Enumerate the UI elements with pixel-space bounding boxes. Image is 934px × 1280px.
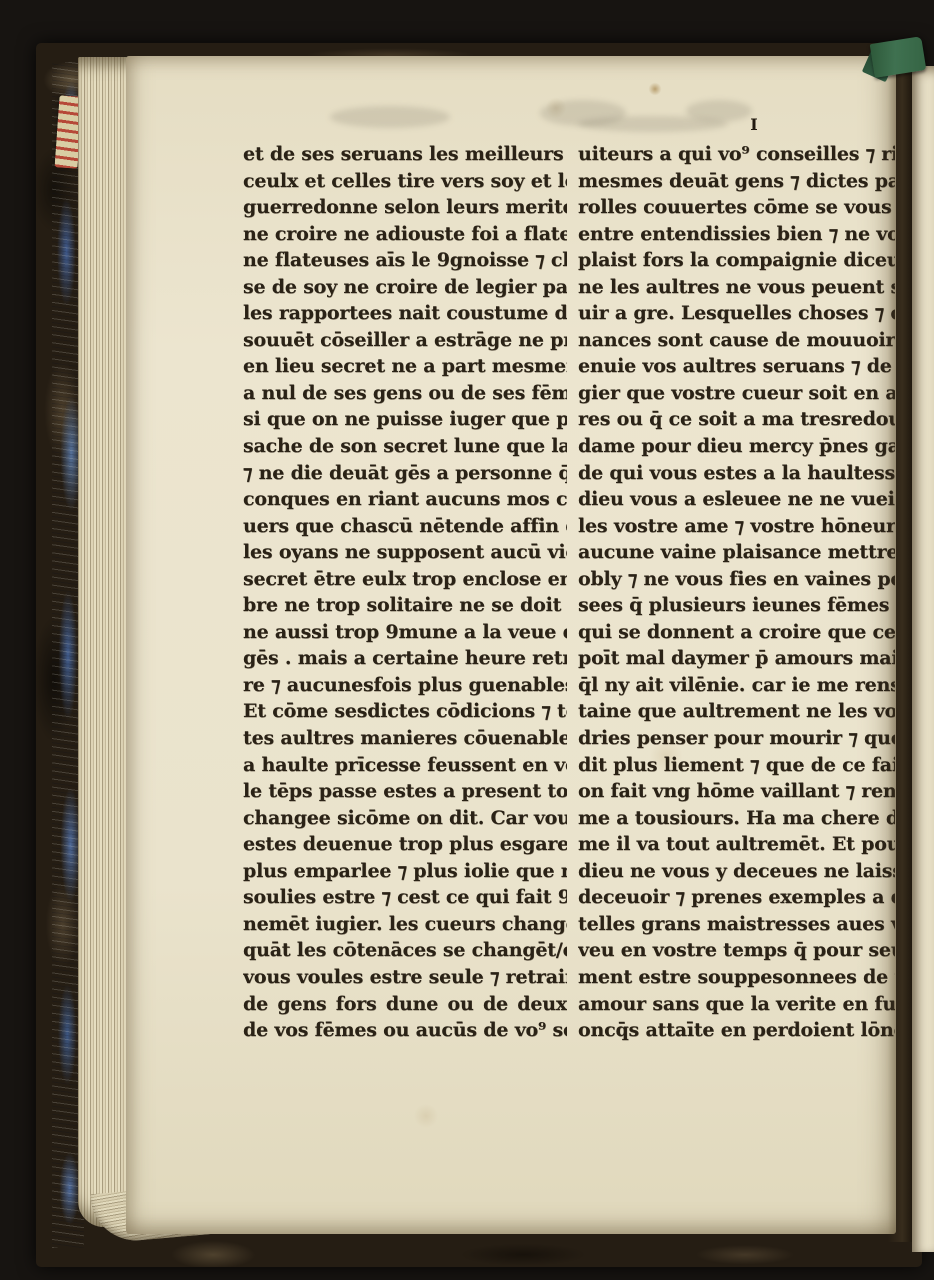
text-line: plaist fors la compaignie diceulx xyxy=(578,247,895,274)
text-line: obly ⁊ ne vous fies en vaines pen xyxy=(578,566,895,593)
text-line: souuēt cōseiller a estrāge ne priue xyxy=(243,327,567,354)
text-line: guerredonne selon leurs merites xyxy=(243,194,567,221)
gutter-shadow xyxy=(888,56,914,1242)
text-line: ment estre souppesonnees de telle xyxy=(578,964,895,991)
show-through-smudge xyxy=(330,106,450,128)
page-edges-stack xyxy=(78,57,130,1227)
text-line: le tēps passe estes a present toute xyxy=(243,778,567,805)
text-line: qui se donnent a croire que ce nest xyxy=(578,619,895,646)
text-line: dit plus liement ⁊ que de ce faire xyxy=(578,752,895,779)
text-column-right: uiteurs a qui vo⁹ conseilles ⁊ riesmesme… xyxy=(578,141,895,1044)
text-line: uers que chascū nētende affin que xyxy=(243,513,567,540)
text-line: de vos fēmes ou aucūs de vo⁹ ser xyxy=(243,1017,567,1044)
text-line: bre ne trop solitaire ne se doit tenir xyxy=(243,592,567,619)
text-line: dieu ne vous y deceues ne laisses xyxy=(578,858,895,885)
text-line: ne croire ne adiouste foi a flateurs xyxy=(243,221,567,248)
text-line: tes aultres manieres cōuenables xyxy=(243,725,567,752)
text-line: sache de son secret lune que lautre xyxy=(243,433,567,460)
text-line: et de ses seruans les meilleurs et xyxy=(243,141,567,168)
text-line: ceulx et celles tire vers soy et leur xyxy=(243,168,567,195)
text-line: poīt mal daymer p̄ amours mais xyxy=(578,645,895,672)
text-line: de gens fors dune ou de deux xyxy=(243,991,567,1018)
text-line: on fait vng hōme vaillant ⁊ renʒ xyxy=(578,778,895,805)
text-line: me il va tout aultremēt. Et pour xyxy=(578,831,895,858)
text-line: res ou q̄ ce soit a ma tresredoubtee xyxy=(578,406,895,433)
text-line: gier que vostre cueur soit en amou xyxy=(578,380,895,407)
text-line: a haulte prīcesse feussent en vous xyxy=(243,752,567,779)
text-line: uir a gre. Lesquelles choses ⁊ cōte xyxy=(578,300,895,327)
text-line: gēs . mais a certaine heure retrai xyxy=(243,645,567,672)
text-line: enuie vos aultres seruans ⁊ de iu xyxy=(578,353,895,380)
text-column-left: et de ses seruans les meilleurs etceulx … xyxy=(243,141,567,1044)
text-line: en lieu secret ne a part mesmemēt xyxy=(243,353,567,380)
text-line: aucune vaine plaisance mettre en xyxy=(578,539,895,566)
text-line: ne flateuses aīs le 9gnoisse ⁊ chas xyxy=(243,247,567,274)
text-line: se de soy ne croire de legier parol xyxy=(243,274,567,301)
folio-mark: I xyxy=(744,114,764,136)
text-line: nemēt iugier. les cueurs changēt xyxy=(243,911,567,938)
text-line: taine que aultrement ne les voul xyxy=(578,698,895,725)
text-line: ne aussi trop 9mune a la veue des xyxy=(243,619,567,646)
text-line: vous voules estre seule ⁊ retraire xyxy=(243,964,567,991)
text-line: uiteurs a qui vo⁹ conseilles ⁊ ries xyxy=(578,141,895,168)
text-line: si que on ne puisse iuger que plus xyxy=(243,406,567,433)
text-line: quāt les cōtenāces se changēt/car xyxy=(243,937,567,964)
text-line: sees q̄ plusieurs ieunes fēmes ont xyxy=(578,592,895,619)
text-line: mesmes deuāt gens ⁊ dictes pa xyxy=(578,168,895,195)
text-line: rolles couuertes cōme se vous vo⁹ xyxy=(578,194,895,221)
text-line: dieu vous a esleuee ne ne vueil⸗ xyxy=(578,486,895,513)
text-line: oncq̄s attaīte en perdoient lōneur xyxy=(578,1017,895,1044)
show-through-smudge xyxy=(686,100,752,122)
facing-page-sliver xyxy=(912,66,934,1252)
text-line: ne les aultres ne vous peuent ser xyxy=(578,274,895,301)
text-line: conques en riant aucuns mos cou xyxy=(243,486,567,513)
text-line: deceuoir ⁊ prenes exemples a de xyxy=(578,884,895,911)
text-line: a nul de ses gens ou de ses fēmes xyxy=(243,380,567,407)
text-line: ⁊ ne die deuāt gēs a personne q̄l xyxy=(243,460,567,487)
text-line: me a tousiours. Ha ma chere da xyxy=(578,805,895,832)
text-line: re ⁊ aucunesfois plus guenables. xyxy=(243,672,567,699)
text-line: dame pour dieu mercy p̄nes gar xyxy=(578,433,895,460)
text-line: secret ētre eulx trop enclose en chā xyxy=(243,566,567,593)
text-line: veu en vostre temps q̄ pour seulle xyxy=(578,937,895,964)
text-line: soulies estre ⁊ cest ce qui fait 9mu xyxy=(243,884,567,911)
text-line: telles grans maistresses aues vo⁹ xyxy=(578,911,895,938)
text-line: les rapportees nait coustume de xyxy=(243,300,567,327)
text-line: changee sicōme on dit. Car vous xyxy=(243,805,567,832)
text-line: de qui vous estes a la haultesse ou xyxy=(578,460,895,487)
text-line: q̄l ny ait vilēnie. car ie me rens cer xyxy=(578,672,895,699)
text-line: entre entendissies bien ⁊ ne vous xyxy=(578,221,895,248)
text-line: amour sans que la verite en fust xyxy=(578,991,895,1018)
text-line: plus emparlee ⁊ plus iolie que ne xyxy=(243,858,567,885)
text-line: Et cōme sesdictes cōdicions ⁊ tou xyxy=(243,698,567,725)
text-line: nances sont cause de mouuoir a xyxy=(578,327,895,354)
text-line: les oyans ne supposent aucū vice xyxy=(243,539,567,566)
text-line: dries penser pour mourir ⁊ que on xyxy=(578,725,895,752)
text-line: estes deuenue trop plus esgaree xyxy=(243,831,567,858)
text-line: les vostre ame ⁊ vostre hōneur poʳ xyxy=(578,513,895,540)
book-page: I et de ses seruans les meilleurs etceul… xyxy=(126,56,896,1234)
